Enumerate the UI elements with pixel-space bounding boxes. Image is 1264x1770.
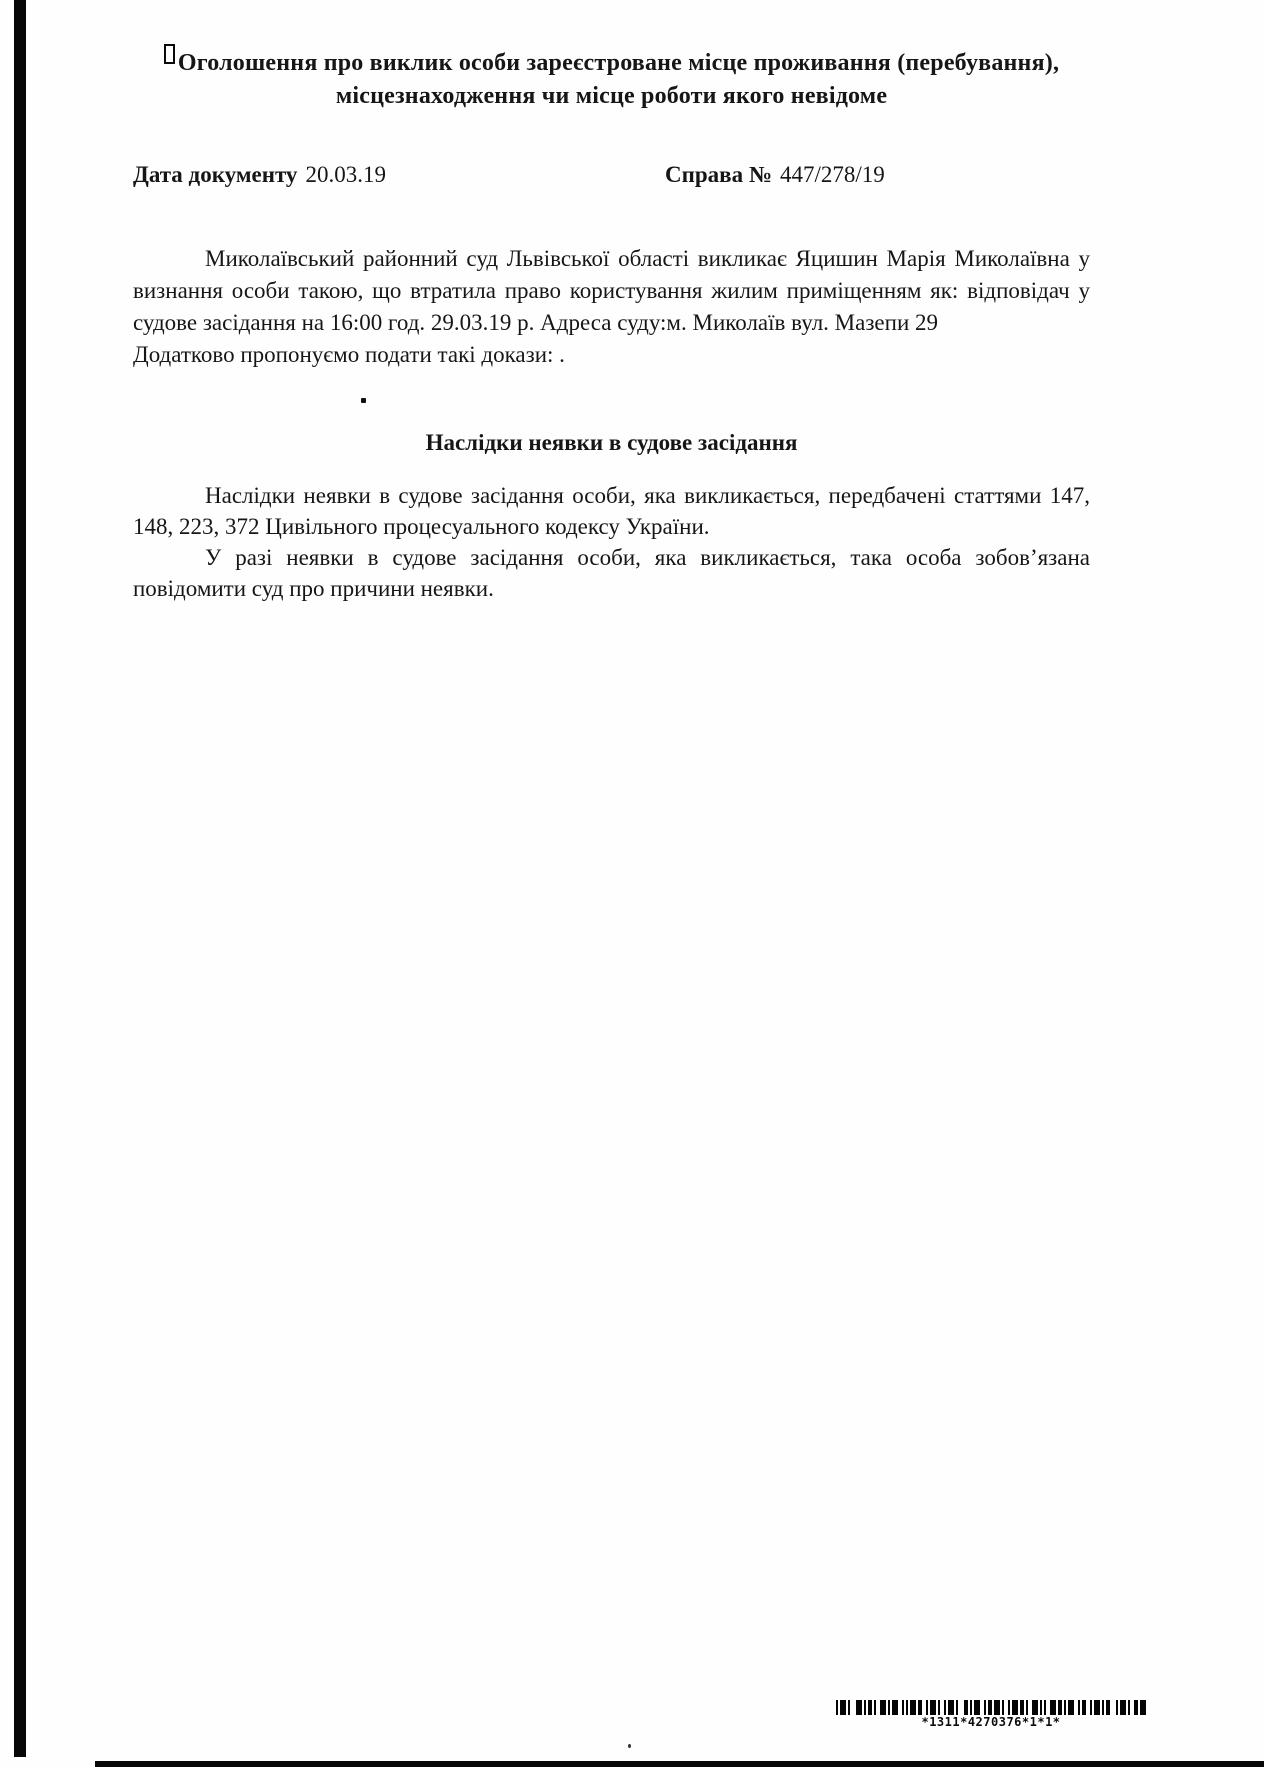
paragraph-court-summons: Миколаївський районний суд Львівської об…	[133, 243, 1090, 339]
title-line-2: місцезнаходження чи місце роботи якого н…	[133, 80, 1090, 113]
paragraph-obligation: У разі неявки в судове засідання особи, …	[133, 542, 1090, 604]
barcode-bars	[828, 1700, 1154, 1715]
scan-artifact-mark	[164, 44, 175, 64]
paragraph-additional-evidence: Додатково пропонуємо подати такі докази:…	[133, 339, 1090, 371]
paragraph-consequences: Наслідки неявки в судове засідання особи…	[133, 480, 1090, 542]
barcode-text: *1311*4270376*1*1*	[828, 1715, 1154, 1729]
scan-edge-bottom-line	[95, 1761, 1264, 1767]
title-line-1-text: Оголошення про виклик особи зареєстрован…	[178, 50, 1059, 76]
ink-speck-bottom	[628, 1744, 631, 1748]
case-value: 447/278/19	[780, 162, 885, 187]
meta-row: Дата документу20.03.19 Справа №447/278/1…	[133, 162, 1090, 193]
date-label: Дата документу	[133, 162, 297, 187]
date-value: 20.03.19	[305, 162, 386, 187]
title-line-1: Оголошення про виклик особи зареєстрован…	[133, 47, 1090, 80]
section-heading: Наслідки неявки в судове засідання	[133, 427, 1090, 458]
document-date: Дата документу20.03.19	[133, 162, 386, 188]
scanned-page: Оголошення про виклик особи зареєстрован…	[0, 0, 1264, 1770]
barcode: *1311*4270376*1*1*	[828, 1700, 1154, 1729]
ink-speck	[361, 398, 366, 403]
document-content: Оголошення про виклик особи зареєстрован…	[133, 0, 1090, 604]
case-number: Справа №447/278/19	[665, 162, 885, 188]
case-label: Справа №	[665, 162, 772, 187]
scan-edge-left-bar	[14, 0, 26, 1757]
document-title: Оголошення про виклик особи зареєстрован…	[133, 47, 1090, 113]
